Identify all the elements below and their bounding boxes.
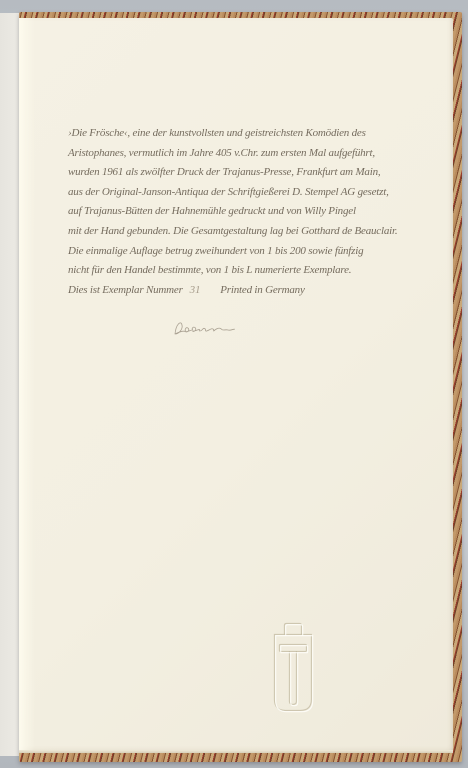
blind-stamp-printers-device: [271, 622, 317, 716]
colophon-page: ›Die Frösche‹, eine der kunstvollsten un…: [19, 18, 453, 753]
colophon-text-block: ›Die Frösche‹, eine der kunstvollsten un…: [68, 124, 397, 300]
colophon-line: wurden 1961 als zwölfter Druck der Traja…: [68, 163, 397, 183]
colophon-line: mit der Hand gebunden. Die Gesamtgestalt…: [68, 222, 397, 242]
imprint-text: Printed in Germany: [220, 284, 304, 296]
colophon-line: Die einmalige Auflage betrug zweihundert…: [68, 242, 397, 262]
colophon-line: ›Die Frösche‹, eine der kunstvollsten un…: [68, 124, 397, 144]
page-stack-bevel: [19, 750, 453, 753]
marbled-cover-edge: ›Die Frösche‹, eine der kunstvollsten un…: [19, 12, 462, 762]
exemplar-line: Dies ist Exemplar Nummer31Printed in Ger…: [68, 281, 397, 301]
colophon-line: auf Trajanus-Bütten der Hahnemühle gedru…: [68, 202, 397, 222]
colophon-line: Aristophanes, vermutlich im Jahre 405 v.…: [68, 144, 397, 164]
book-photograph: ›Die Frösche‹, eine der kunstvollsten un…: [0, 0, 468, 768]
facing-page-edge: [0, 13, 21, 756]
pencil-signature: [170, 315, 240, 341]
exemplar-number: 31: [190, 284, 201, 296]
colophon-line: aus der Original-Janson-Antiqua der Schr…: [68, 183, 397, 203]
page-gutter-highlight: [19, 18, 35, 753]
colophon-line: nicht für den Handel bestimmte, von 1 bi…: [68, 261, 397, 281]
exemplar-prefix: Dies ist Exemplar Nummer: [68, 284, 183, 296]
